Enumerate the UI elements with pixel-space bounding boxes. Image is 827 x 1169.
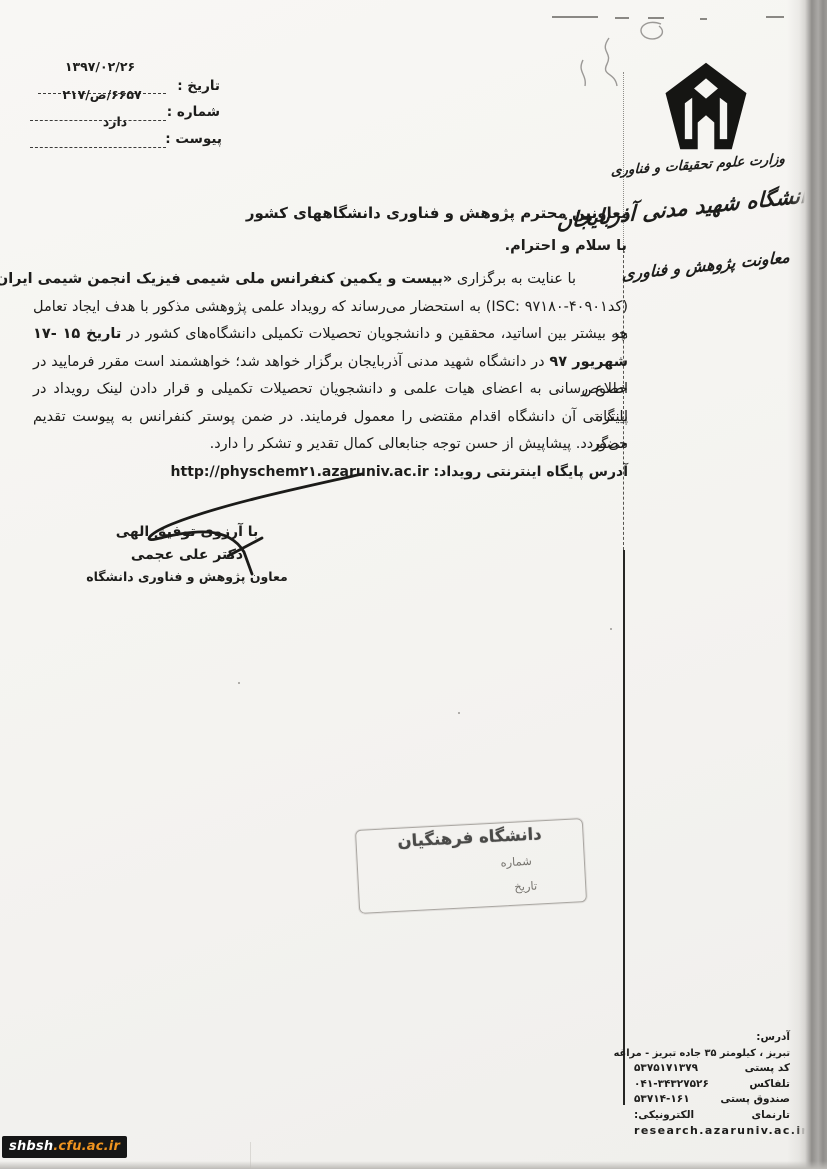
recipient-line: معاونین محترم پژوهش و فناوری دانشگاههای … (160, 204, 630, 222)
footer-address-block: آدرس: تبریز ، کیلومتر ۳۵ جاده تبریز - مر… (634, 1030, 790, 1139)
body-line: می‌گردد. پیشاپیش از حسن توجه جنابعالی کم… (33, 431, 628, 459)
attachment-rule (30, 147, 166, 148)
scan-edge-bottom (0, 1161, 827, 1169)
scan-artifact-dash (700, 18, 707, 20)
letter-attachment-label: پیوست : (158, 131, 222, 147)
body-line: چه بیشتر بین اساتید، محققین و دانشجویان … (33, 321, 628, 349)
letter-date-value: ۱۳۹۷/۰۲/۲۶ (45, 59, 155, 74)
address-row: تلفاکس۰۴۱-۳۴۳۲۷۵۲۶ (634, 1077, 790, 1093)
letter-date-label: تاریخ : (158, 78, 220, 94)
signature-wish: با آرزوی توفیق الهی (62, 520, 312, 544)
scan-edge-right (787, 0, 827, 1169)
stamp-number-label: شماره (500, 854, 532, 870)
letter-number-value: ۶۶۵۷/ص/۲۱۷ (50, 87, 154, 102)
address-label: آدرس: (634, 1030, 790, 1046)
website-label-right: تارنمای (752, 1108, 790, 1124)
scan-speck (610, 628, 612, 630)
signatory-title: معاون پژوهش و فناوری دانشگاه (62, 566, 312, 587)
stamp-date-label: تاریخ (514, 879, 538, 894)
ministry-name: وزارت علوم تحقیقات و فناوری (588, 149, 808, 180)
body-line: (کدISC: ۹۷۱۸۰-۴۰۹۰۱) به استحضار می‌رساند… (33, 294, 628, 322)
signature-block: با آرزوی توفیق الهی دکتر علی عجمی معاون … (62, 520, 312, 587)
university-logo-icon (660, 60, 752, 152)
address-rows: کد پستی۵۳۷۵۱۷۱۳۷۹تلفاکس۰۴۱-۳۴۳۲۷۵۲۶صندوق… (634, 1061, 790, 1108)
website-url: research.azaruniv.ac.ir (634, 1123, 790, 1139)
letter-number-label: شماره : (158, 104, 220, 120)
body-line: شهریور ۹۷ در دانشگاه شهید مدنی آذربایجان… (33, 349, 628, 377)
body-line: اطلاع رسانی به اعضای هیات علمی و دانشجوی… (33, 376, 628, 404)
website-label-row: تارنمای الکترونیکی: (634, 1108, 790, 1124)
watermark-left: shbsh (9, 1139, 53, 1154)
address-row: صندوق پستی۵۳۷۱۴-۱۶۱ (634, 1092, 790, 1108)
letter-body: با عنایت به برگزاری «بیست و یکمین کنفران… (33, 266, 628, 486)
address-row: کد پستی۵۳۷۵۱۷۱۳۷۹ (634, 1061, 790, 1077)
body-line: با عنایت به برگزاری «بیست و یکمین کنفران… (33, 266, 628, 294)
website-label-left: الکترونیکی: (634, 1108, 694, 1124)
signatory-name: دکتر علی عجمی (62, 544, 312, 566)
site-watermark: shbsh.cfu.ac.ir (2, 1136, 127, 1158)
stamp-org-name: دانشگاه فرهنگیان (362, 822, 577, 852)
farhangian-university-stamp: دانشگاه فرهنگیان شماره تاریخ (355, 818, 587, 914)
scan-speck (458, 712, 460, 714)
watermark-right: .cfu.ac.ir (53, 1139, 120, 1154)
address-line: تبریز ، کیلومتر ۳۵ جاده تبریز - مراغه (634, 1046, 790, 1062)
scan-artifact-dash (766, 16, 784, 18)
vice-chancellery-name: معاونت پژوهش و فناوری (606, 245, 806, 285)
body-line: اینترنتی آن دانشگاه اقدام مقتضی را معمول… (33, 404, 628, 432)
fold-line-solid (623, 550, 625, 1105)
scan-speck (238, 682, 240, 684)
scanned-letter-page: ۱۳۹۷/۰۲/۲۶ تاریخ : ۶۶۵۷/ص/۲۱۷ شماره : دا… (0, 0, 827, 1169)
salutation-line: با سلام و احترام. (160, 238, 627, 254)
letter-attachment-value: دارد (80, 114, 150, 129)
